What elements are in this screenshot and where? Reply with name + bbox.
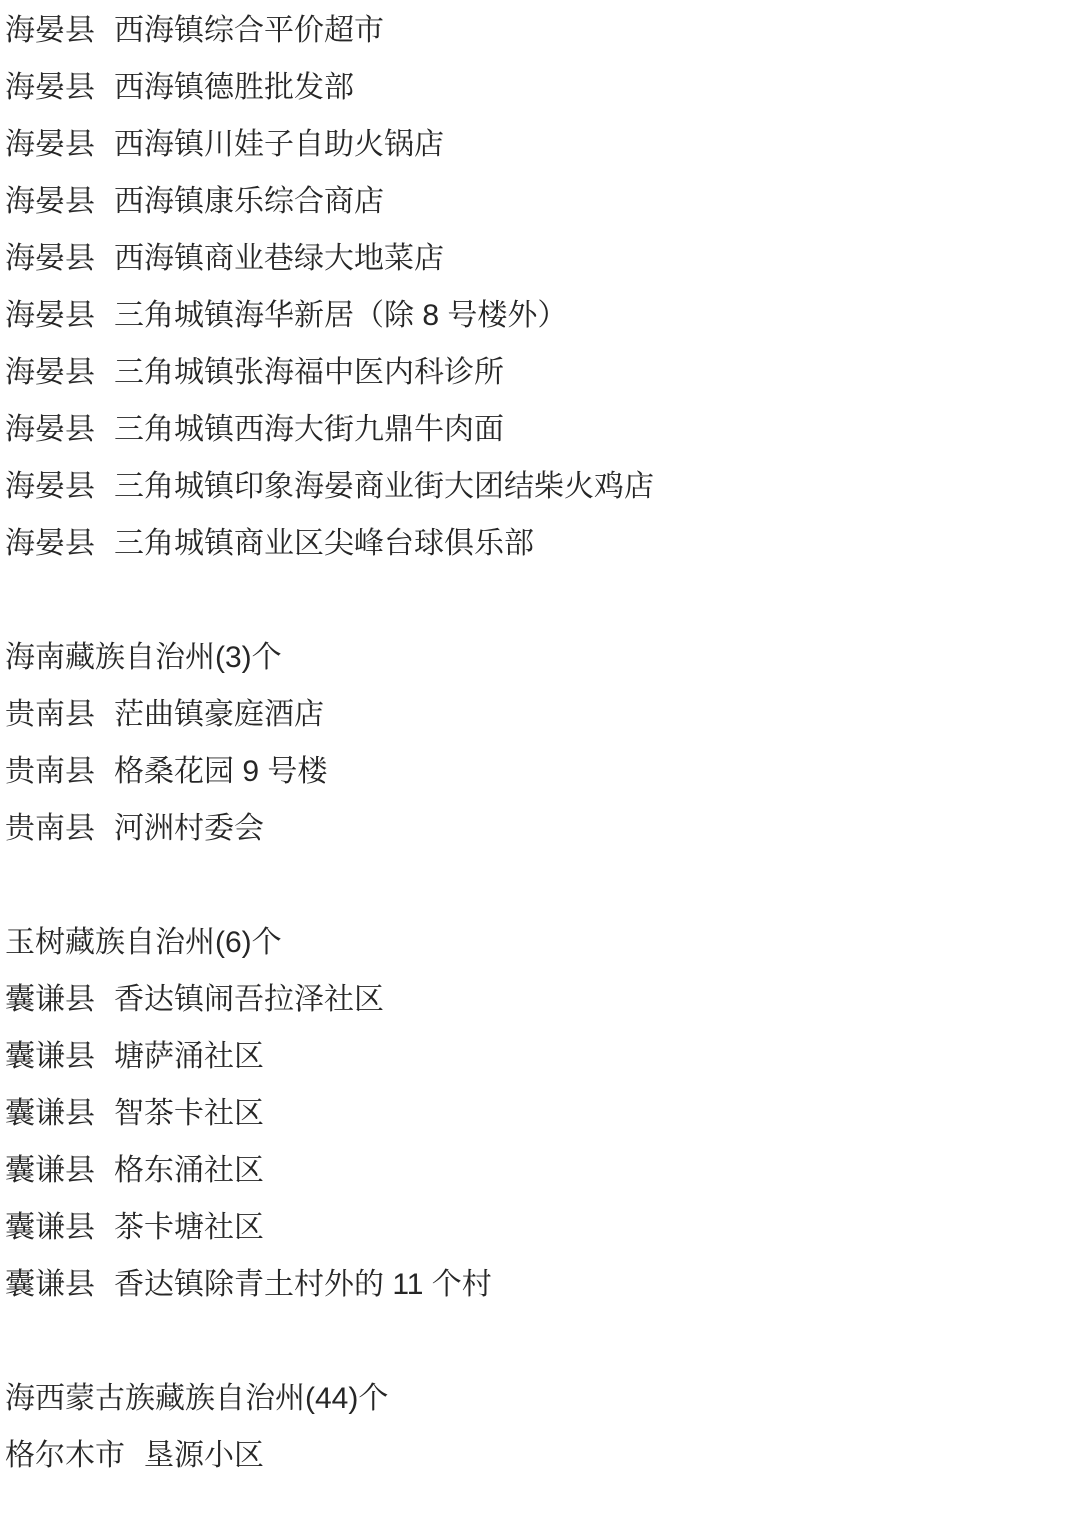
county-name: 海晏县 [5, 344, 95, 401]
prefecture-section: 玉树藏族自治州(6)个囊谦县香达镇闹吾拉泽社区囊谦县塘萨涌社区囊谦县智茶卡社区囊… [5, 914, 1056, 1313]
place-name: 河洲村委会 [114, 800, 264, 857]
county-name: 格尔木市 [5, 1427, 125, 1484]
county-name: 海晏县 [5, 173, 95, 230]
list-row: 囊谦县茶卡塘社区 [5, 1199, 1056, 1256]
list-row: 海晏县三角城镇海华新居（除 8 号楼外） [5, 287, 1056, 344]
list-row: 海晏县西海镇商业巷绿大地菜店 [5, 230, 1056, 287]
list-row: 海晏县三角城镇张海福中医内科诊所 [5, 344, 1056, 401]
place-name: 茫曲镇豪庭酒店 [114, 686, 324, 743]
list-row: 贵南县河洲村委会 [5, 800, 1056, 857]
list-row: 囊谦县智茶卡社区 [5, 1085, 1056, 1142]
county-name: 海晏县 [5, 287, 95, 344]
county-name: 海晏县 [5, 59, 95, 116]
county-name: 海晏县 [5, 515, 95, 572]
list-row: 海晏县西海镇康乐综合商店 [5, 173, 1056, 230]
place-name: 三角城镇张海福中医内科诊所 [114, 344, 504, 401]
place-name: 塘萨涌社区 [114, 1028, 264, 1085]
list-row: 海晏县三角城镇西海大街九鼎牛肉面 [5, 401, 1056, 458]
prefecture-section: 海南藏族自治州(3)个贵南县茫曲镇豪庭酒店贵南县格桑花园 9 号楼贵南县河洲村委… [5, 629, 1056, 857]
list-row: 海晏县三角城镇印象海晏商业街大团结柴火鸡店 [5, 458, 1056, 515]
list-row: 贵南县格桑花园 9 号楼 [5, 743, 1056, 800]
list-row: 海晏县西海镇综合平价超市 [5, 2, 1056, 59]
place-name: 西海镇川娃子自助火锅店 [114, 116, 444, 173]
county-name: 海晏县 [5, 2, 95, 59]
place-name: 格东涌社区 [114, 1142, 264, 1199]
county-name: 海晏县 [5, 116, 95, 173]
county-name: 海晏县 [5, 230, 95, 287]
place-name: 西海镇康乐综合商店 [114, 173, 384, 230]
list-row: 海晏县西海镇德胜批发部 [5, 59, 1056, 116]
list-row: 囊谦县塘萨涌社区 [5, 1028, 1056, 1085]
place-name: 三角城镇西海大街九鼎牛肉面 [114, 401, 504, 458]
place-name: 西海镇德胜批发部 [114, 59, 354, 116]
list-row: 囊谦县香达镇除青土村外的 11 个村 [5, 1256, 1056, 1313]
place-name: 三角城镇商业区尖峰台球俱乐部 [114, 515, 534, 572]
county-name: 囊谦县 [5, 1142, 95, 1199]
county-name: 囊谦县 [5, 1085, 95, 1142]
list-row: 囊谦县香达镇闹吾拉泽社区 [5, 971, 1056, 1028]
place-name: 三角城镇海华新居（除 8 号楼外） [114, 287, 567, 344]
prefecture-section: 海晏县西海镇综合平价超市海晏县西海镇德胜批发部海晏县西海镇川娃子自助火锅店海晏县… [5, 2, 1056, 572]
county-name: 囊谦县 [5, 1199, 95, 1256]
place-name: 三角城镇印象海晏商业街大团结柴火鸡店 [114, 458, 654, 515]
place-name: 格桑花园 9 号楼 [114, 743, 327, 800]
prefecture-header: 玉树藏族自治州(6)个 [5, 914, 1056, 971]
county-name: 贵南县 [5, 743, 95, 800]
place-name: 茶卡塘社区 [114, 1199, 264, 1256]
county-name: 囊谦县 [5, 971, 95, 1028]
list-row: 囊谦县格东涌社区 [5, 1142, 1056, 1199]
prefecture-header: 海南藏族自治州(3)个 [5, 629, 1056, 686]
place-name: 西海镇综合平价超市 [114, 2, 384, 59]
place-name: 香达镇除青土村外的 11 个村 [114, 1256, 492, 1313]
list-row: 海晏县西海镇川娃子自助火锅店 [5, 116, 1056, 173]
county-name: 囊谦县 [5, 1028, 95, 1085]
list-row: 格尔木市垦源小区 [5, 1427, 1056, 1484]
prefecture-header: 海西蒙古族藏族自治州(44)个 [5, 1370, 1056, 1427]
county-name: 贵南县 [5, 686, 95, 743]
place-name: 垦源小区 [144, 1427, 264, 1484]
place-name: 香达镇闹吾拉泽社区 [114, 971, 384, 1028]
place-name: 西海镇商业巷绿大地菜店 [114, 230, 444, 287]
prefecture-section: 海西蒙古族藏族自治州(44)个格尔木市垦源小区 [5, 1370, 1056, 1484]
list-row: 贵南县茫曲镇豪庭酒店 [5, 686, 1056, 743]
county-name: 贵南县 [5, 800, 95, 857]
county-name: 囊谦县 [5, 1256, 95, 1313]
county-name: 海晏县 [5, 401, 95, 458]
list-row: 海晏县三角城镇商业区尖峰台球俱乐部 [5, 515, 1056, 572]
risk-area-list: 海晏县西海镇综合平价超市海晏县西海镇德胜批发部海晏县西海镇川娃子自助火锅店海晏县… [0, 0, 1080, 1484]
place-name: 智茶卡社区 [114, 1085, 264, 1142]
county-name: 海晏县 [5, 458, 95, 515]
